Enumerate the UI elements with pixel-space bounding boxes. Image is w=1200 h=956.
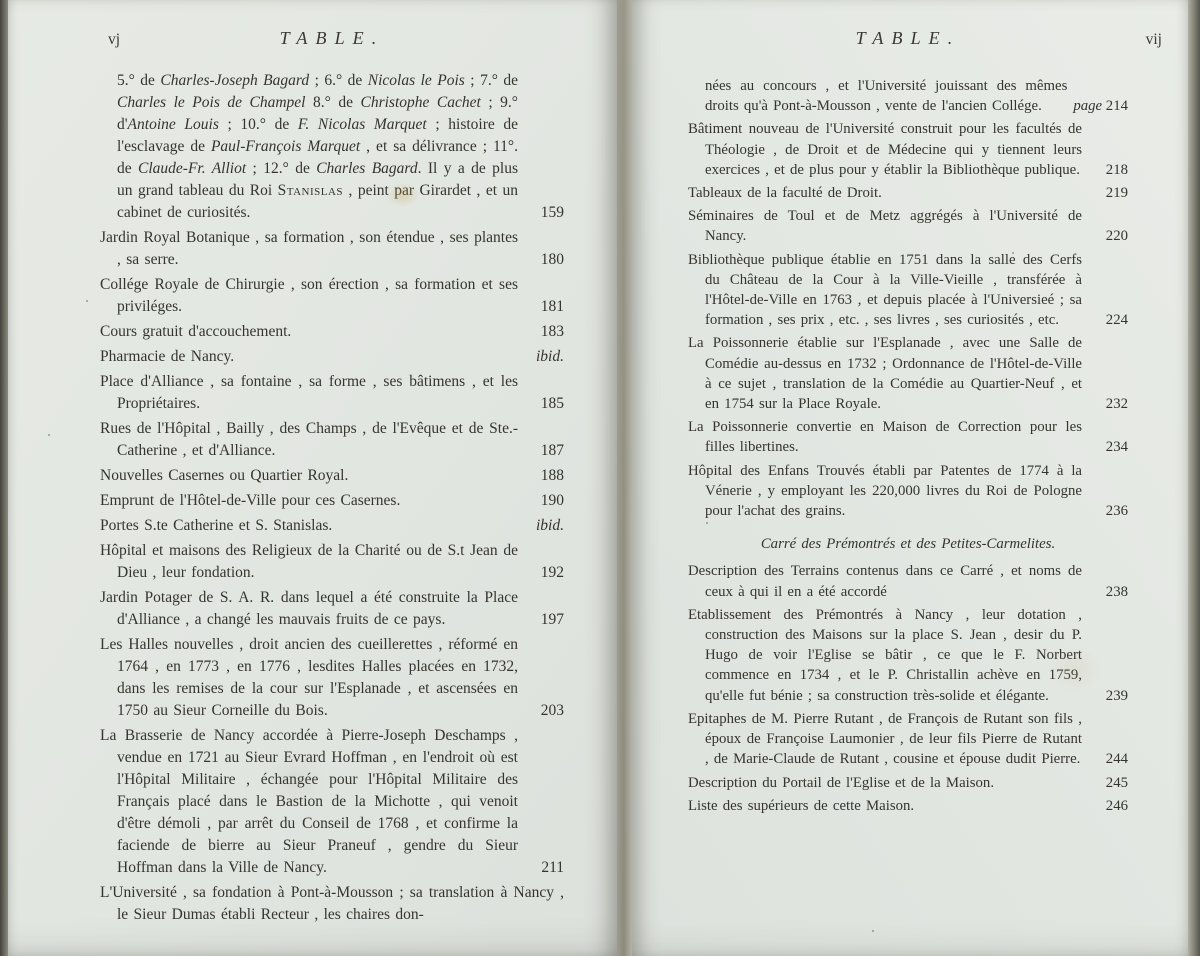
toc-entry: Description des Terrains contenus dans c… [688, 561, 1128, 601]
entry-page-number: 181 [518, 296, 564, 318]
entry-text: Hôpital des Enfans Trouvés établi par Pa… [688, 461, 1082, 522]
entry-text: Liste des supérieurs de cette Maison. [688, 796, 1082, 816]
entry-page-number: ibid. [518, 346, 564, 368]
book-edge-left [0, 0, 8, 956]
entry-text: Jardin Royal Botanique , sa formation , … [100, 227, 518, 271]
toc-entry: Pharmacie de Nancy.ibid. [100, 346, 564, 368]
entry-page-number: 197 [518, 609, 564, 631]
toc-entry: La Poissonnerie convertie en Maison de C… [688, 417, 1128, 457]
entry-page-number: 224 [1082, 310, 1128, 330]
entry-text: Place d'Alliance , sa fontaine , sa form… [100, 371, 518, 415]
entry-page-number: 159 [518, 202, 564, 224]
entry-text: Bibliothèque publique établie en 1751 da… [688, 250, 1082, 331]
entry-page-number: 245 [1082, 773, 1128, 793]
toc-entry: 5.° de Charles-Joseph Bagard ; 6.° de Ni… [100, 70, 564, 224]
toc-entry: Tableaux de la faculté de Droit.219 [688, 183, 1128, 203]
toc-entry: Jardin Royal Botanique , sa formation , … [100, 227, 564, 271]
right-page: TABLE. vij nées au concours , et l'Unive… [632, 0, 1188, 956]
toc-entry: Collége Royale de Chirurgie , son érecti… [100, 274, 564, 318]
entry-text: Carré des Prémontrés et des Petites-Carm… [688, 534, 1128, 554]
entry-page-number: page 214 [1067, 96, 1128, 116]
toc-entry: Rues de l'Hôpital , Bailly , des Champs … [100, 418, 564, 462]
entry-page-number: 188 [518, 465, 564, 487]
toc-entry: Les Halles nouvelles , droit ancien des … [100, 634, 564, 722]
entry-page-number: 211 [518, 857, 564, 879]
toc-entry: L'Université , sa fondation à Pont-à-Mou… [100, 882, 564, 926]
entry-text: Portes S.te Catherine et S. Stanislas. [100, 515, 518, 537]
paper-speck [86, 300, 88, 302]
entry-text: Description des Terrains contenus dans c… [688, 561, 1082, 601]
toc-entry: Bâtiment nouveau de l'Université constru… [688, 119, 1128, 180]
entry-text: nées au concours , et l'Université jouis… [688, 76, 1067, 116]
entry-page-number: 192 [518, 562, 564, 584]
entry-page-number: 244 [1082, 749, 1128, 769]
entry-text: La Brasserie de Nancy accordée à Pierre-… [100, 725, 518, 879]
entry-text: Etablissement des Prémontrés à Nancy , l… [688, 605, 1082, 706]
toc-entry: Séminaires de Toul et de Metz aggrégés à… [688, 206, 1128, 246]
right-folio: vij [1146, 31, 1162, 49]
entry-text: Hôpital et maisons des Religieux de la C… [100, 540, 518, 584]
toc-section-heading: Carré des Prémontrés et des Petites-Carm… [688, 534, 1128, 554]
entry-text: Jardin Potager de S. A. R. dans lequel a… [100, 587, 518, 631]
entry-text: Séminaires de Toul et de Metz aggrégés à… [688, 206, 1082, 246]
entry-text: Les Halles nouvelles , droit ancien des … [100, 634, 518, 722]
right-page-entries: nées au concours , et l'Université jouis… [688, 76, 1128, 819]
toc-entry: La Brasserie de Nancy accordée à Pierre-… [100, 725, 564, 879]
toc-entry: La Poissonnerie établie sur l'Esplanade … [688, 333, 1128, 414]
toc-entry: Emprunt de l'Hôtel-de-Ville pour ces Cas… [100, 490, 564, 512]
entry-text: Pharmacie de Nancy. [100, 346, 518, 368]
toc-entry: Hôpital des Enfans Trouvés établi par Pa… [688, 461, 1128, 522]
entry-page-number: 246 [1082, 796, 1128, 816]
toc-entry: Bibliothèque publique établie en 1751 da… [688, 250, 1128, 331]
paper-speck [706, 522, 708, 524]
entry-text: Tableaux de la faculté de Droit. [688, 183, 1082, 203]
book-scan: { "colors": { "paper": "#e3e7e2", "ink":… [0, 0, 1200, 956]
entry-text: Description du Portail de l'Eglise et de… [688, 773, 1082, 793]
book-gutter [617, 0, 632, 956]
entry-page-number: 239 [1082, 686, 1128, 706]
entry-text: L'Université , sa fondation à Pont-à-Mou… [100, 882, 564, 926]
toc-entry: Place d'Alliance , sa fontaine , sa form… [100, 371, 564, 415]
entry-page-number: 185 [518, 393, 564, 415]
toc-entry: Cours gratuit d'accouchement.183 [100, 321, 564, 343]
entry-text: Rues de l'Hôpital , Bailly , des Champs … [100, 418, 518, 462]
entry-text: Bâtiment nouveau de l'Université constru… [688, 119, 1082, 180]
toc-entry: Epitaphes de M. Pierre Rutant , de Franç… [688, 709, 1128, 770]
entry-text: 5.° de Charles-Joseph Bagard ; 6.° de Ni… [100, 70, 518, 224]
entry-text: Cours gratuit d'accouchement. [100, 321, 518, 343]
left-page: vj TABLE. 5.° de Charles-Joseph Bagard ;… [8, 0, 617, 956]
entry-page-number: 238 [1082, 582, 1128, 602]
entry-page-number: 183 [518, 321, 564, 343]
left-running-head: TABLE. [100, 28, 564, 49]
paper-speck [232, 864, 234, 866]
entry-text: Epitaphes de M. Pierre Rutant , de Franç… [688, 709, 1082, 770]
toc-entry: Etablissement des Prémontrés à Nancy , l… [688, 605, 1128, 706]
entry-text: Collége Royale de Chirurgie , son érecti… [100, 274, 518, 318]
entry-text: Emprunt de l'Hôtel-de-Ville pour ces Cas… [100, 490, 518, 512]
paper-speck [872, 930, 874, 932]
left-page-entries: 5.° de Charles-Joseph Bagard ; 6.° de Ni… [100, 70, 564, 929]
entry-page-number: 234 [1082, 437, 1128, 457]
entry-page-number: 219 [1082, 183, 1128, 203]
toc-entry: Nouvelles Casernes ou Quartier Royal.188 [100, 465, 564, 487]
entry-page-number: 232 [1082, 394, 1128, 414]
right-running-head: TABLE. [688, 28, 1128, 49]
toc-entry: Jardin Potager de S. A. R. dans lequel a… [100, 587, 564, 631]
entry-text: La Poissonnerie convertie en Maison de C… [688, 417, 1082, 457]
paper-speck [1012, 252, 1014, 254]
entry-page-number: 180 [518, 249, 564, 271]
book-edge-right [1188, 0, 1200, 956]
entry-page-number: 218 [1082, 160, 1128, 180]
entry-page-number: 203 [518, 700, 564, 722]
toc-entry: nées au concours , et l'Université jouis… [688, 76, 1128, 116]
entry-text: La Poissonnerie établie sur l'Esplanade … [688, 333, 1082, 414]
entry-page-number: 187 [518, 440, 564, 462]
entry-text: Nouvelles Casernes ou Quartier Royal. [100, 465, 518, 487]
toc-entry: Description du Portail de l'Eglise et de… [688, 773, 1128, 793]
toc-entry: Liste des supérieurs de cette Maison.246 [688, 796, 1128, 816]
entry-page-number: 190 [518, 490, 564, 512]
paper-speck [48, 434, 50, 436]
entry-page-number: 236 [1082, 501, 1128, 521]
entry-page-number: ibid. [518, 515, 564, 537]
toc-entry: Portes S.te Catherine et S. Stanislas.ib… [100, 515, 564, 537]
toc-entry: Hôpital et maisons des Religieux de la C… [100, 540, 564, 584]
entry-page-number: 220 [1082, 226, 1128, 246]
